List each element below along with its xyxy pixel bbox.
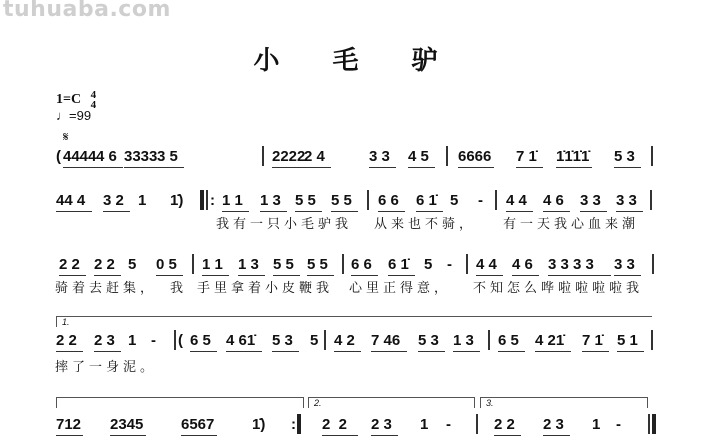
- beam-underline: [416, 211, 443, 212]
- note-group: 1 1: [202, 256, 223, 273]
- lyric-text: 摔了一身泥。: [55, 356, 157, 375]
- note-group: 4444: [63, 148, 96, 165]
- beam-underline: [272, 351, 299, 352]
- beam-underline: [506, 211, 533, 212]
- beam-underline: [202, 275, 229, 276]
- volta-bracket: 2.: [308, 397, 475, 408]
- beam-underline: [124, 167, 160, 168]
- music-line: 2 22 250 51 11 35 55 56 66 1̇5-4 44 63 3…: [0, 256, 713, 276]
- beam-underline: [351, 275, 378, 276]
- lyric-text: 骑着去赶集，: [55, 277, 157, 296]
- note-group: 1: [420, 416, 428, 433]
- note-group: 1̇): [170, 192, 183, 209]
- note-group: 5 3: [418, 332, 439, 349]
- note-group: 5: [128, 256, 136, 273]
- note-group: 0 5: [156, 256, 177, 273]
- note-group: 5 5: [273, 256, 294, 273]
- note-group: 2 2: [494, 416, 515, 433]
- beam-underline: [273, 275, 300, 276]
- music-line: 44 43 211̇)1 11 35 55 56 66 1̇5-4 44 63 …: [0, 192, 713, 212]
- beam-underline: [222, 211, 249, 212]
- barline: [488, 330, 490, 350]
- barline: [495, 190, 497, 210]
- note-group: 4 6: [96, 148, 117, 165]
- note-group: 2 2: [322, 416, 347, 433]
- volta-left-edge: [480, 398, 481, 408]
- note-group: 6 6: [351, 256, 372, 273]
- note-group: 6 1̇: [388, 256, 409, 273]
- beam-underline: [94, 275, 121, 276]
- note-group: 4 2: [334, 332, 355, 349]
- note-group: -: [478, 192, 483, 209]
- volta-left-edge: [56, 317, 57, 327]
- note-group: (: [56, 148, 61, 165]
- beam-underline: [614, 167, 641, 168]
- barline: [342, 254, 344, 274]
- note-group: 1 3: [260, 192, 281, 209]
- note-group: 3 5: [157, 148, 178, 165]
- beam-underline: [543, 435, 570, 436]
- beam-underline: [535, 351, 571, 352]
- note-group: 3 3: [580, 192, 601, 209]
- lyric-text: 心里正得意，: [349, 277, 451, 296]
- music-line: 2 22 31-(6 54 61̇5 354 27 465 31 36 54 2…: [0, 332, 713, 352]
- repeat-dots: :: [291, 416, 296, 433]
- note-group: 5: [310, 332, 318, 349]
- note-group: 6666: [458, 148, 491, 165]
- beam-underline: [63, 167, 99, 168]
- note-group: 4 6: [543, 192, 564, 209]
- note-group: 712: [56, 416, 81, 433]
- note-group: 2222: [272, 148, 305, 165]
- beam-underline: [582, 351, 609, 352]
- note-group: 5 5: [307, 256, 328, 273]
- note-group: 2 3: [543, 416, 564, 433]
- note-group: 4 4: [476, 256, 497, 273]
- beam-underline: [512, 275, 539, 276]
- barline: [324, 330, 326, 350]
- note-group: 2 4: [304, 148, 325, 165]
- note-group: 6 5: [498, 332, 519, 349]
- note-group: 1: [138, 192, 146, 209]
- volta-number: 3.: [486, 398, 494, 408]
- beam-underline: [157, 167, 184, 168]
- volta-left-edge: [308, 398, 309, 408]
- note-group: -: [151, 332, 156, 349]
- beam-underline: [369, 167, 396, 168]
- note-group: 1 3: [238, 256, 259, 273]
- beam-underline: [378, 211, 405, 212]
- lyric-text: 从来也不骑，: [374, 213, 476, 232]
- note-group: 6 1̇: [416, 192, 437, 209]
- barline: [652, 254, 654, 274]
- beam-underline: [334, 351, 361, 352]
- note-group: 1 1: [222, 192, 243, 209]
- note-group: 3 3: [616, 192, 637, 209]
- beam-underline: [304, 167, 331, 168]
- beam-underline: [516, 167, 543, 168]
- beam-underline: [498, 351, 525, 352]
- note-group: 3333: [124, 148, 157, 165]
- note-group: -: [616, 416, 621, 433]
- beam-underline: [260, 211, 287, 212]
- time-sig-bottom: 4: [91, 99, 97, 111]
- beam-underline: [556, 167, 592, 168]
- beam-underline: [617, 351, 644, 352]
- segno-icon: 𝄋: [63, 129, 69, 145]
- note-group: 6 6: [378, 192, 399, 209]
- note-group: 5 5: [331, 192, 352, 209]
- note-group: 7 1̇: [582, 332, 603, 349]
- beam-underline: [494, 435, 521, 436]
- beam-underline: [110, 435, 146, 436]
- note-group: 3 3: [614, 256, 635, 273]
- note-group: 2 3: [94, 332, 115, 349]
- tempo-marking: ♩=99: [56, 108, 91, 123]
- beam-underline: [295, 211, 322, 212]
- beam-underline: [476, 275, 503, 276]
- beam-underline: [548, 275, 611, 276]
- note-group: 7 46: [371, 332, 400, 349]
- barline: [648, 414, 650, 434]
- note-group: 5 3: [272, 332, 293, 349]
- volta-bracket: [56, 397, 304, 408]
- beam-underline: [331, 211, 358, 212]
- final-barline: [652, 414, 656, 434]
- barline: [651, 330, 653, 350]
- beam-underline: [458, 167, 494, 168]
- note-group: 4 21̇: [535, 332, 564, 349]
- barline: [466, 254, 468, 274]
- note-group: 2345: [110, 416, 143, 433]
- note-group: 1: [128, 332, 136, 349]
- beam-underline: [94, 351, 121, 352]
- beam-underline: [272, 167, 308, 168]
- note-group: 5: [450, 192, 458, 209]
- beam-underline: [96, 167, 123, 168]
- beam-underline: [307, 275, 334, 276]
- note-group: 1̇): [252, 416, 265, 433]
- lyric-text: 有一天我心血来潮: [503, 213, 639, 232]
- note-group: 7 1̇: [516, 148, 537, 165]
- music-line: 712234565671̇)2 22 31-2 22 31-:: [0, 416, 713, 436]
- note-group: 5 3: [614, 148, 635, 165]
- volta-number: 2.: [314, 398, 322, 408]
- note-group: 5 5: [295, 192, 316, 209]
- beam-underline: [371, 351, 407, 352]
- lyric-text: 手里拿着小皮鞭我: [197, 277, 333, 296]
- beam-underline: [543, 211, 570, 212]
- note-group: 6 5: [190, 332, 211, 349]
- beam-underline: [322, 435, 358, 436]
- note-group: 2 3: [371, 416, 392, 433]
- beam-underline: [388, 275, 415, 276]
- key-signature: 1=C 4 4: [56, 90, 96, 110]
- beam-underline: [408, 167, 435, 168]
- barline: [476, 414, 478, 434]
- note-group: 4 6: [512, 256, 533, 273]
- barline: [446, 146, 448, 166]
- volta-right-edge: [647, 398, 648, 408]
- note-group: 1: [592, 416, 600, 433]
- beam-underline: [371, 435, 398, 436]
- lyric-text: 不知怎么哗啦啦啦啦我: [473, 277, 643, 296]
- time-signature: 4 4: [91, 90, 97, 110]
- beam-underline: [616, 211, 643, 212]
- volta-bracket: 1.: [56, 316, 652, 327]
- note-group: 44 4: [56, 192, 85, 209]
- barline: [367, 190, 369, 210]
- beam-underline: [56, 351, 83, 352]
- note-group: 4 61̇: [226, 332, 255, 349]
- note-group: 3 3: [369, 148, 390, 165]
- volta-bracket: 3.: [480, 397, 648, 408]
- note-group: (: [178, 332, 183, 349]
- note-group: -: [447, 256, 452, 273]
- barline: [192, 254, 194, 274]
- lyric-text: 我: [170, 277, 187, 296]
- beam-underline: [226, 351, 262, 352]
- note-group: 1 3: [453, 332, 474, 349]
- note-group: 4 4: [506, 192, 527, 209]
- barline: [262, 146, 264, 166]
- note-group: 5 1: [617, 332, 638, 349]
- note-group: 1̇1̇1̇1̇: [556, 148, 589, 165]
- volta-right-edge: [303, 398, 304, 408]
- song-title: 小 毛 驴: [0, 40, 713, 77]
- note-group: -: [446, 416, 451, 433]
- repeat-dots: :: [210, 192, 215, 209]
- note-group: 2 2: [56, 332, 77, 349]
- note-group: 3 2: [103, 192, 124, 209]
- note-group: 4 5: [408, 148, 429, 165]
- note-group: 5: [424, 256, 432, 273]
- volta-number: 1.: [62, 317, 70, 327]
- barline: [650, 190, 652, 210]
- beam-underline: [238, 275, 265, 276]
- barline: [174, 330, 176, 350]
- beam-underline: [156, 275, 183, 276]
- key-label: 1=C: [56, 92, 81, 107]
- beam-underline: [59, 275, 86, 276]
- barline: [651, 146, 653, 166]
- barline: [206, 190, 208, 210]
- note-group: 6567: [181, 416, 214, 433]
- watermark: tuhuaba.com: [3, 0, 171, 22]
- beam-underline: [56, 211, 92, 212]
- repeat-end-barline: [297, 414, 301, 434]
- volta-left-edge: [56, 398, 57, 408]
- beam-underline: [418, 351, 445, 352]
- note-group: 2 2: [94, 256, 115, 273]
- lyric-text: 我有一只小毛驴我: [216, 213, 352, 232]
- repeat-start-barline: [200, 190, 204, 210]
- beam-underline: [453, 351, 480, 352]
- beam-underline: [181, 435, 217, 436]
- note-group: 2 2: [59, 256, 80, 273]
- beam-underline: [580, 211, 607, 212]
- music-line: (44444 633333 522222 43 34 566667 1̇1̇1̇…: [0, 148, 713, 168]
- note-group: 3 3 3 3: [548, 256, 594, 273]
- volta-right-edge: [474, 398, 475, 408]
- beam-underline: [56, 435, 83, 436]
- beam-underline: [614, 275, 641, 276]
- beam-underline: [190, 351, 217, 352]
- beam-underline: [103, 211, 130, 212]
